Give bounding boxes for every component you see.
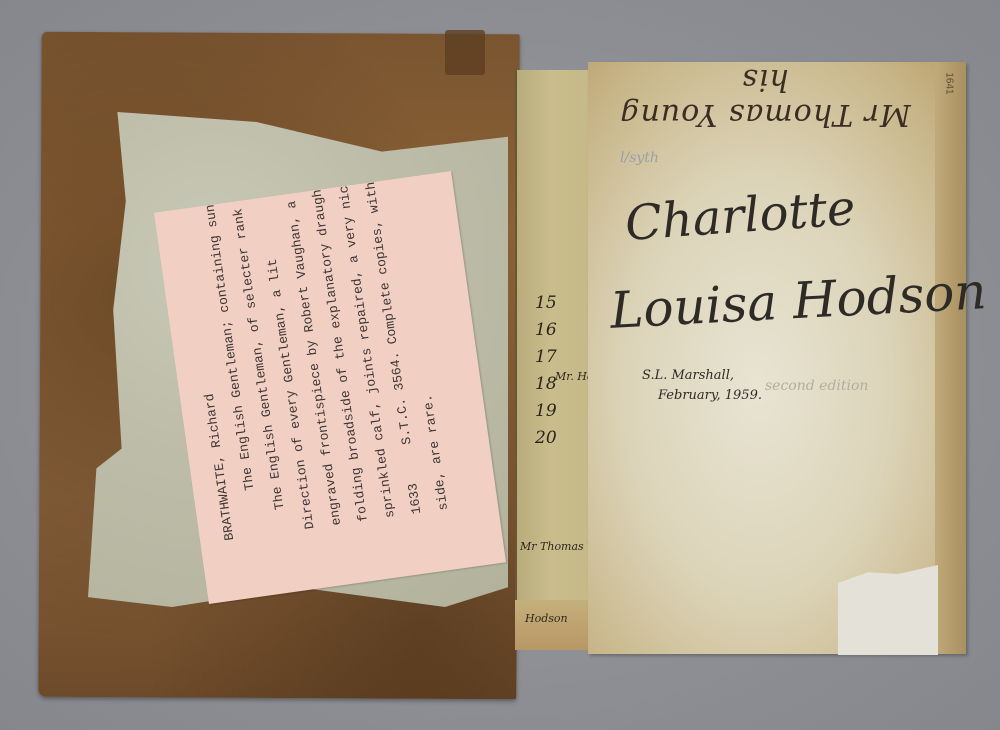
bookseller-card-text: BRATHWAITE, Richard The English Gentlema…	[154, 171, 506, 604]
page-edge	[935, 62, 966, 654]
board-worn-patch	[445, 30, 485, 75]
spine-note-bottom: Hodson	[525, 612, 568, 625]
provenance-note-date: February, 1959.	[658, 388, 762, 403]
spine-number: 15	[535, 290, 595, 317]
spine-number: 16	[535, 317, 595, 344]
bookseller-card: BRATHWAITE, Richard The English Gentlema…	[154, 171, 506, 604]
pencil-note: l/syth	[620, 150, 659, 166]
provenance-note-name: S.L. Marshall,	[642, 368, 734, 383]
pencil-edition-note: second edition	[765, 378, 868, 394]
spine-number: 19	[535, 398, 595, 425]
spine-number: 20	[535, 425, 595, 452]
page-torn-corner	[838, 565, 938, 655]
owner-inscription: Mr Thomas Young his	[600, 62, 930, 132]
corner-mark: 1641	[944, 72, 955, 94]
spine-number: 17	[535, 344, 595, 371]
